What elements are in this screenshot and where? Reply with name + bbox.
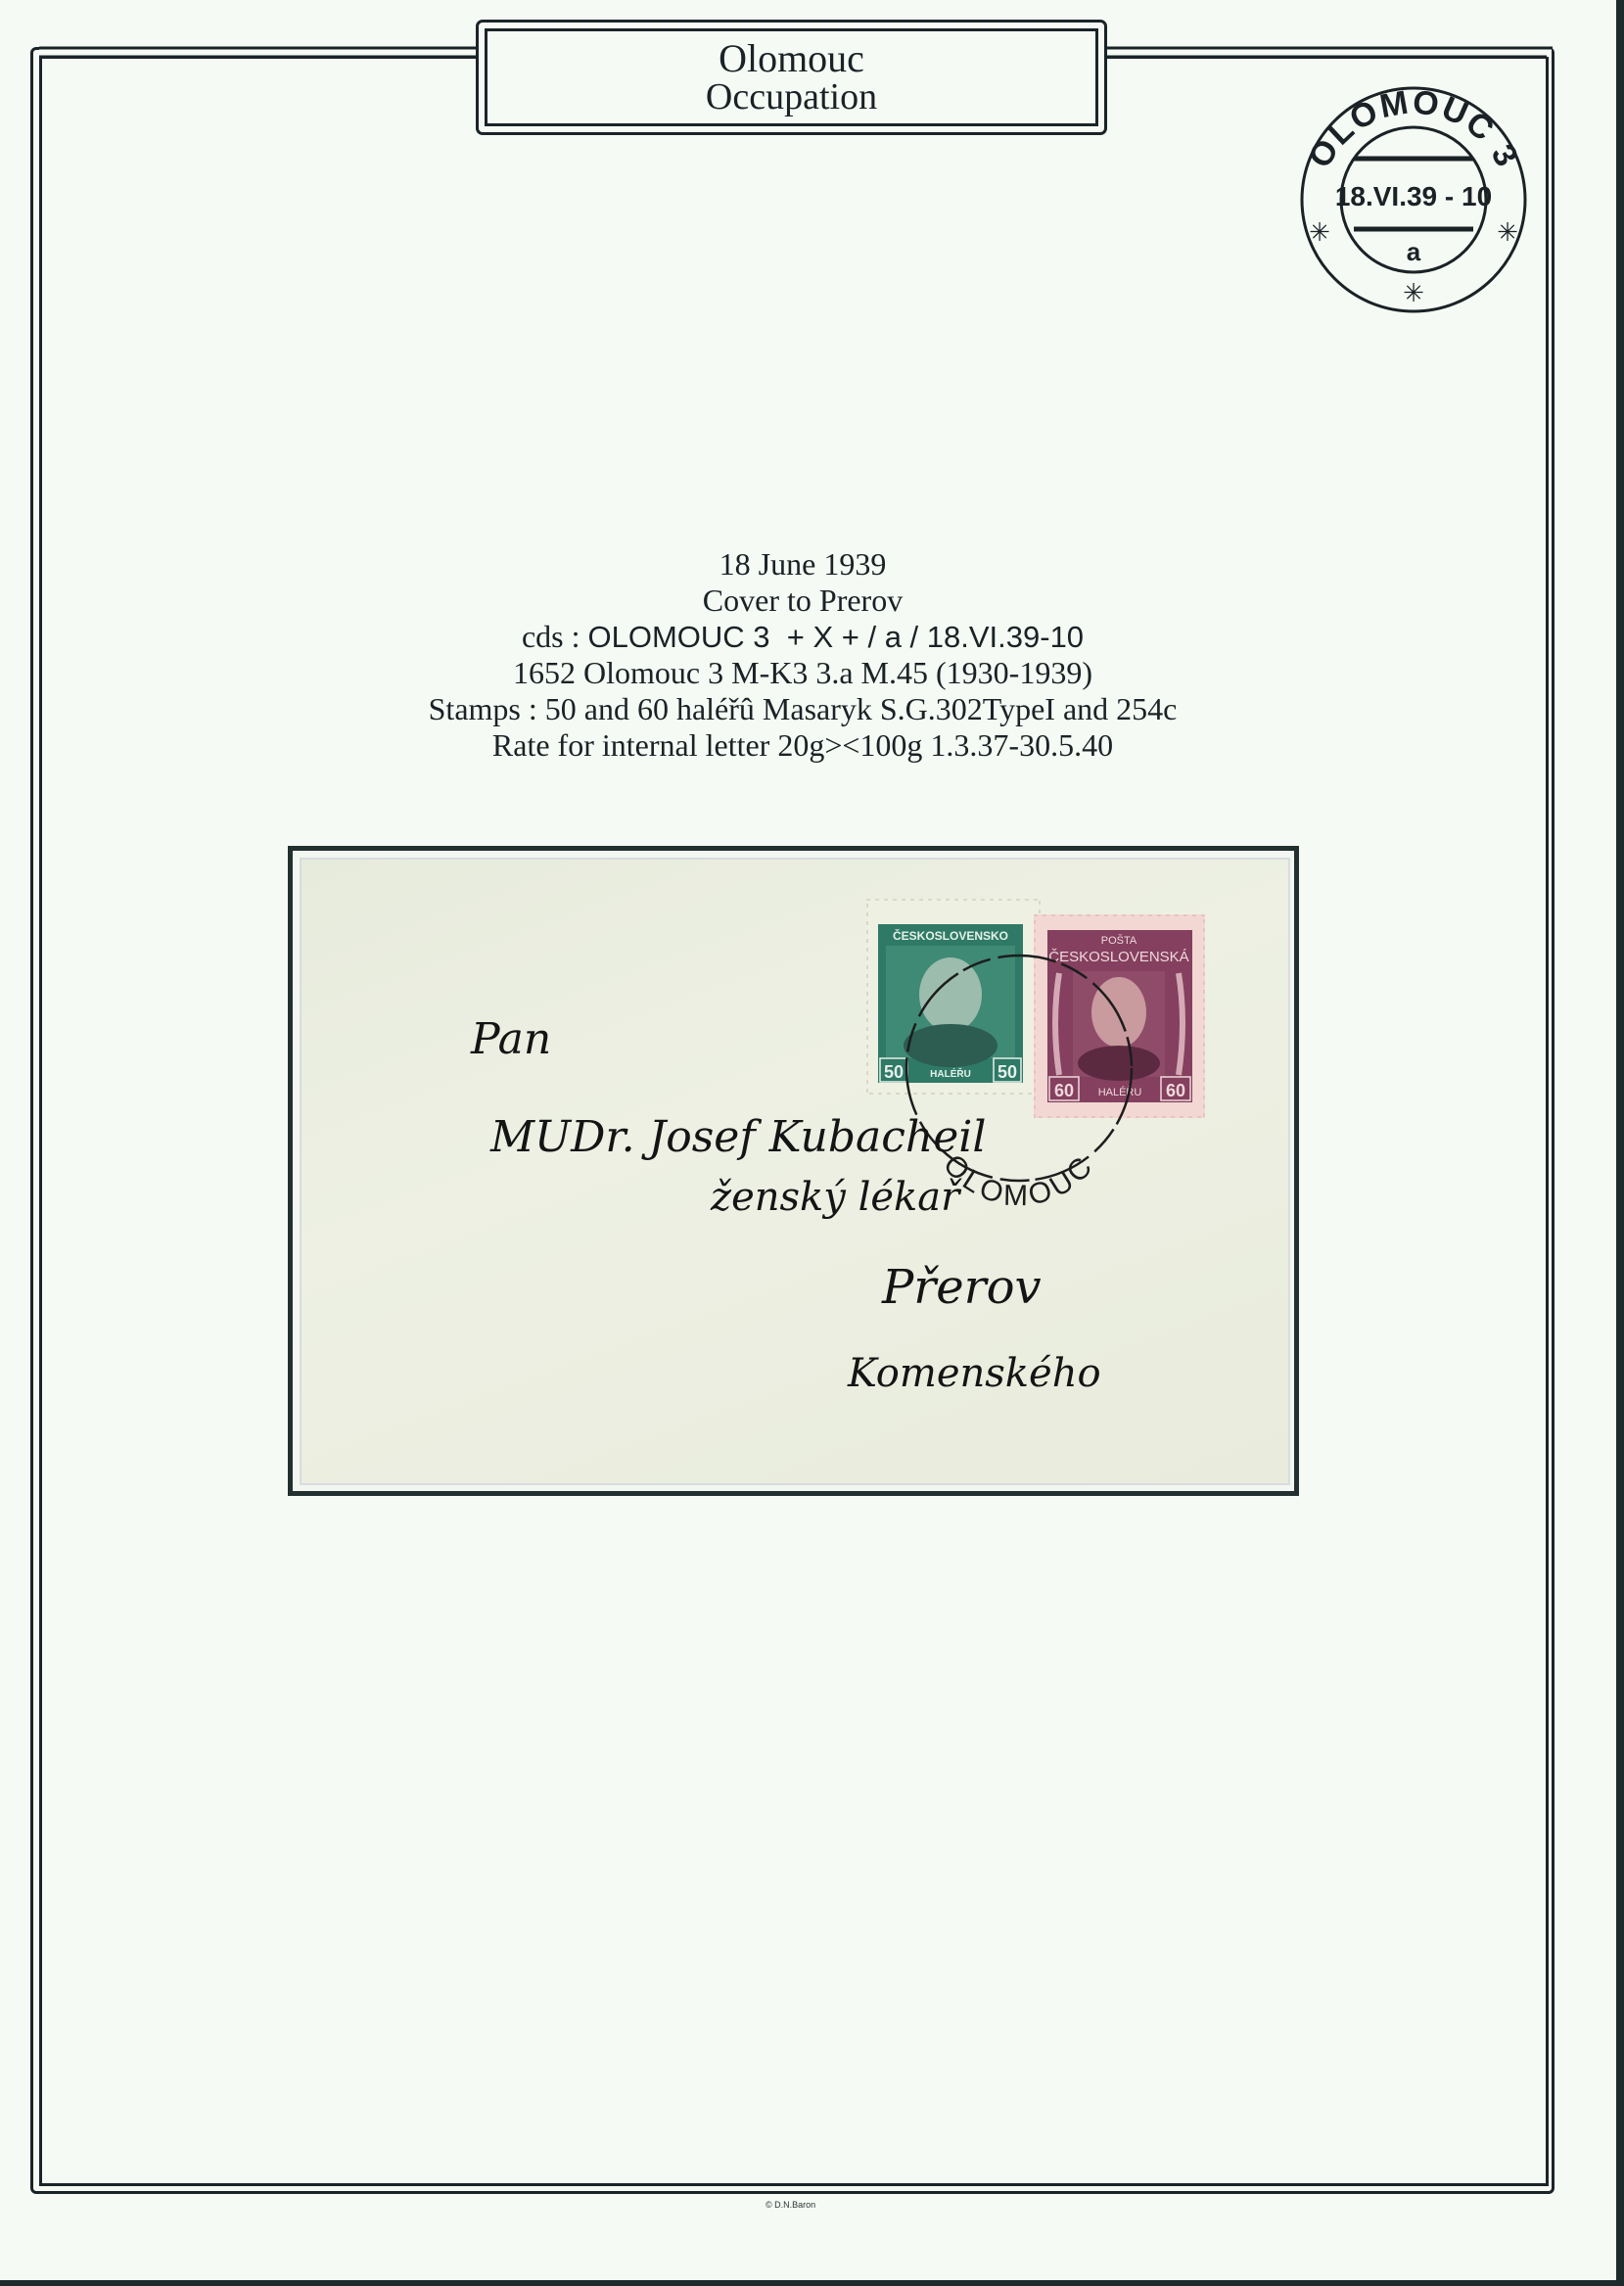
svg-text:a: a [1407,237,1421,266]
address-line-title: ženský lékař [710,1175,962,1220]
description-catalog: 1652 Olomouc 3 M-K3 3.a M.45 (1930-1939) [294,655,1312,691]
description-date: 18 June 1939 [294,546,1312,583]
cover-address-handwriting: OLOMOUC Pan MUDr. Josef Kubacheil ženský… [300,858,1290,1485]
description-stamps: Stamps : 50 and 60 haléřû Masaryk S.G.30… [294,691,1312,727]
description-rate: Rate for internal letter 20g><100g 1.3.3… [294,727,1312,764]
cover-description: 18 June 1939 Cover to Prerov cds : OLOMO… [294,546,1312,764]
description-cds: cds : OLOMOUC 3 + X + / a / 18.VI.39-10 [294,619,1312,655]
scan-edge-right [1616,0,1624,2286]
svg-text:18.VI.39 - 10: 18.VI.39 - 10 [1335,181,1492,211]
title-box-inner: Olomouc Occupation [485,28,1098,126]
address-line-town: Přerov [881,1260,1042,1315]
svg-text:✳: ✳ [1309,218,1330,248]
cds-value: OLOMOUC 3 + X + / a / 18.VI.39-10 [587,620,1084,654]
address-line-name: MUDr. Josef Kubacheil [489,1112,986,1162]
postmark-illustration: OLOMOUC 3 18.VI.39 - 10 a ✳ ✳ ✳ [1290,84,1537,315]
page-title: Olomouc [719,39,864,78]
copyright-notice: © D.N.Baron [766,2200,815,2210]
cds-label: cds : [522,619,580,654]
svg-text:✳: ✳ [1497,218,1518,248]
svg-text:✳: ✳ [1403,279,1424,308]
address-line-street: Komenského [847,1351,1101,1396]
address-line-salutation: Pan [470,1014,551,1064]
scan-edge-bottom [0,2280,1624,2286]
description-destination: Cover to Prerov [294,583,1312,619]
page-subtitle: Occupation [706,78,877,116]
